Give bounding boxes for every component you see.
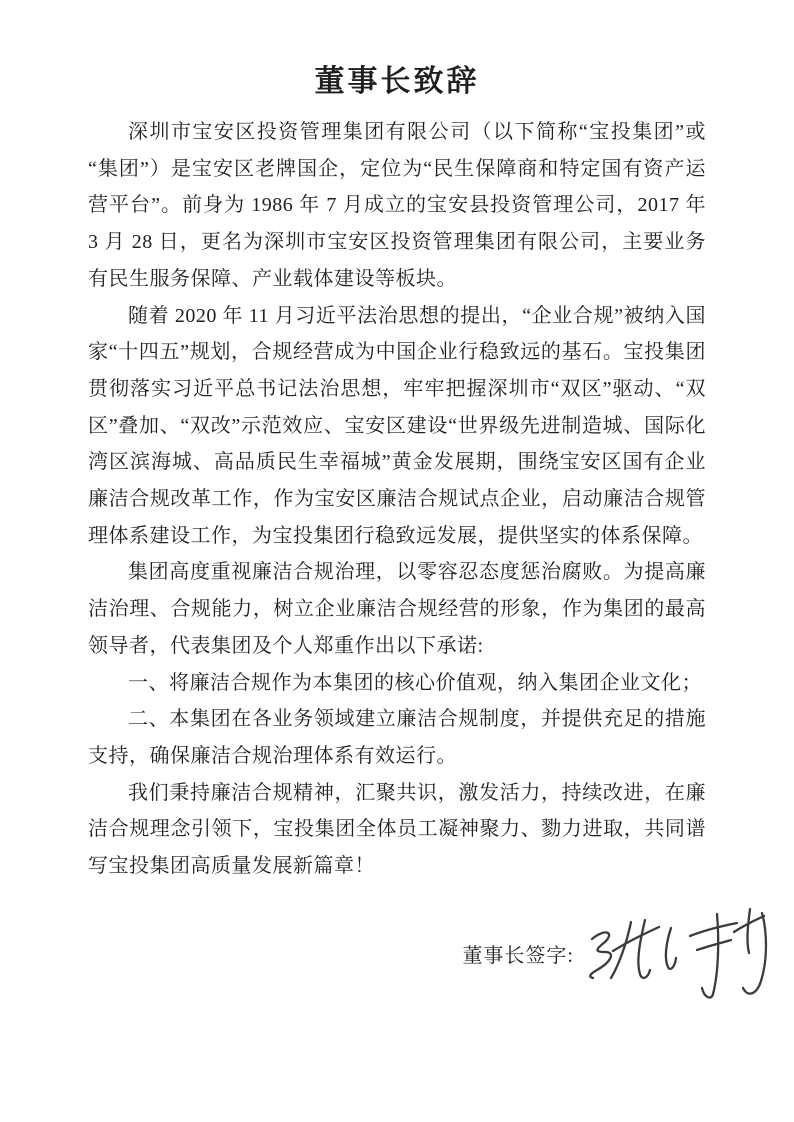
paragraph-governance-commitment: 集团高度重视廉洁合规治理，以零容忍态度惩治腐败。为提高廉洁治理、合规能力，树立企… xyxy=(88,554,706,664)
signature-label: 董事长签字: xyxy=(462,939,574,974)
list-item-promise-1: 一、将廉洁合规作为本集团的核心价值观，纳入集团企业文化； xyxy=(88,665,706,702)
paragraph-company-intro: 深圳市宝安区投资管理集团有限公司（以下简称“宝投集团”或“集团”）是宝安区老牌国… xyxy=(88,114,706,298)
signature-handwriting-icon xyxy=(578,901,776,1013)
document-title: 董事长致辞 xyxy=(0,0,794,102)
signature-row: 董事长签字: xyxy=(88,901,706,1013)
document-page: 董事长致辞 深圳市宝安区投资管理集团有限公司（以下简称“宝投集团”或“集团”）是… xyxy=(0,0,794,1122)
list-item-promise-2: 二、本集团在各业务领域建立廉洁合规制度，并提供充足的措施支持，确保廉洁合规治理体… xyxy=(88,701,706,774)
document-body: 深圳市宝安区投资管理集团有限公司（以下简称“宝投集团”或“集团”）是宝安区老牌国… xyxy=(88,114,706,1013)
paragraph-closing: 我们秉持廉洁合规精神，汇聚共识，激发活力，持续改进，在廉洁合规理念引领下，宝投集… xyxy=(88,775,706,885)
paragraph-compliance-background: 随着 2020 年 11 月习近平法治思想的提出，“企业合规”被纳入国家“十四五… xyxy=(88,298,706,555)
